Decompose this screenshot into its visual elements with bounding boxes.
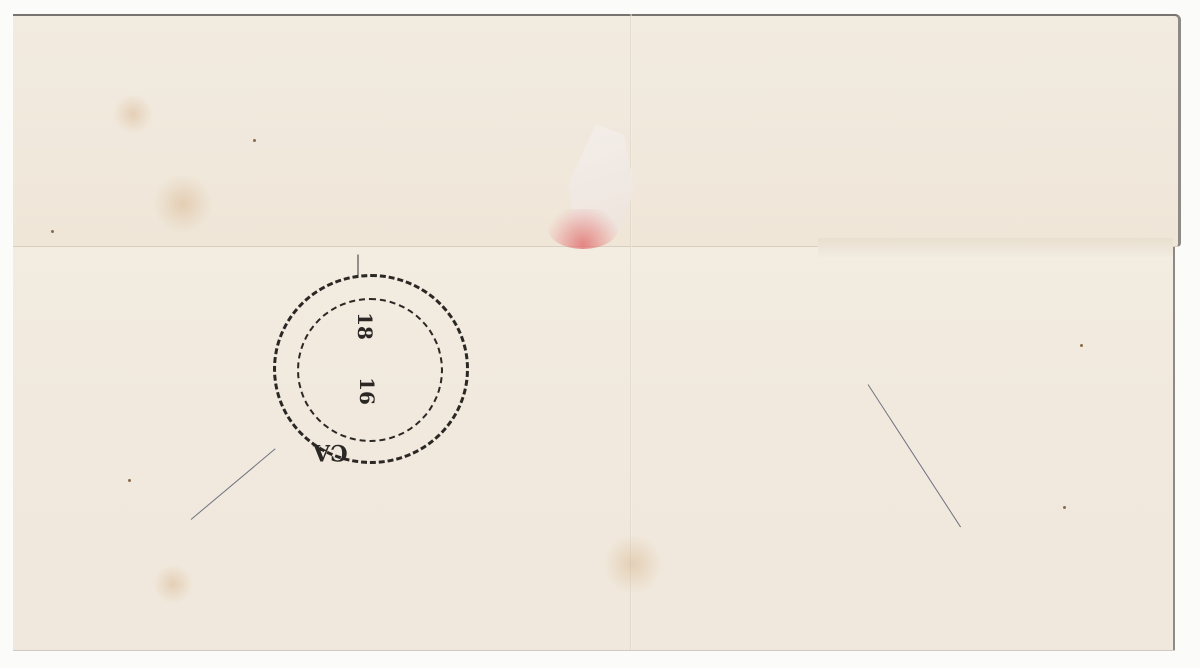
wax-seal-remnant xyxy=(548,209,618,249)
flap-fold-shadow xyxy=(818,238,1173,260)
speck xyxy=(1080,344,1083,347)
speck xyxy=(253,139,256,142)
postmark-year: 18 xyxy=(353,312,377,340)
circular-datestamp: 18 16 CA xyxy=(273,274,469,464)
foxing-stain xyxy=(603,534,663,594)
postmark-town: CA xyxy=(313,439,348,465)
foxing-stain xyxy=(153,564,193,604)
foxing-stain xyxy=(113,94,153,134)
speck xyxy=(128,479,131,482)
foxing-stain xyxy=(153,174,213,234)
speck xyxy=(51,230,54,233)
speck xyxy=(1063,506,1066,509)
letter-cover: 18 16 CA xyxy=(13,14,1178,650)
postmark-day: 16 xyxy=(355,377,379,405)
